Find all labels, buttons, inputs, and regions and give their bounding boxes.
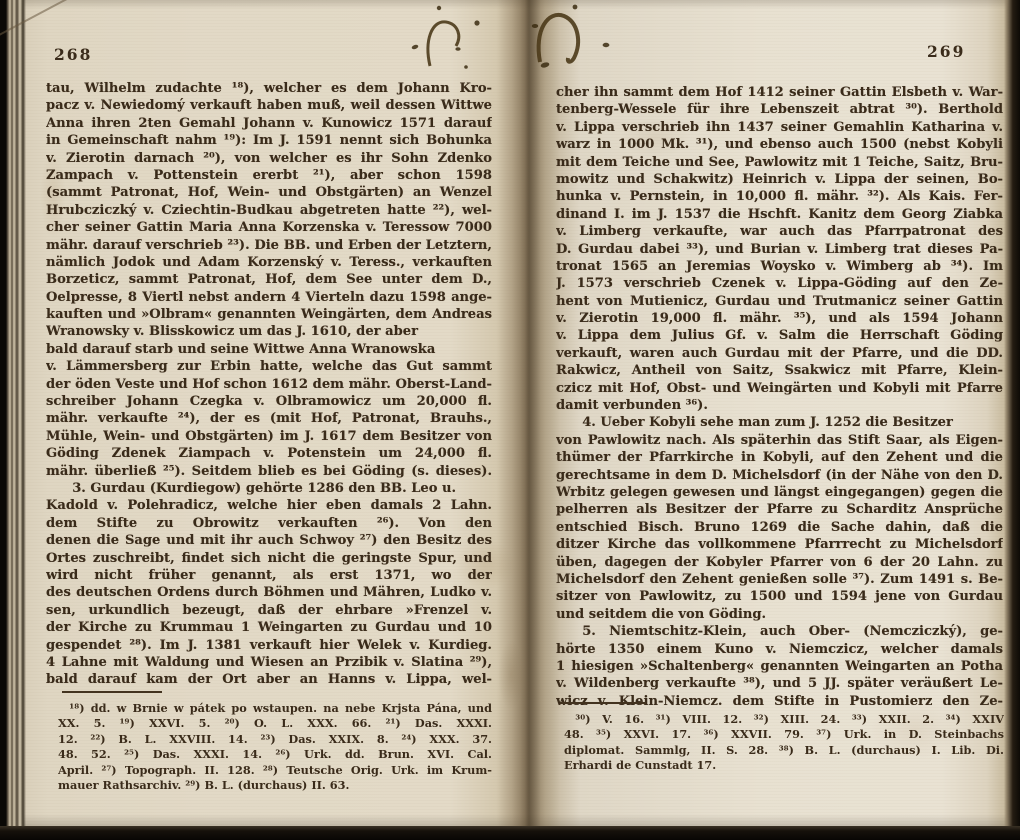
body-line: 1 hiesigen »Schaltenberg« genannten Wein…: [556, 658, 1003, 675]
body-line: verkauft, waren auch Gurdau mit der Pfar…: [556, 345, 1003, 362]
footnote-line: ¹⁸) dd. w Brnie w pátek po wstaupen. na …: [58, 701, 492, 716]
body-line: pelherren als Besitzer der Pfarre zu Sch…: [556, 501, 1003, 518]
body-line: Oelpresse, 8 Viertl nebst andern 4 Viert…: [46, 289, 492, 306]
body-line: Zampach v. Pottenstein ererbt ²¹), aber …: [46, 167, 492, 184]
footnote-line: 12. ²²) B. L. XXVIII. 14. ²³) Das. XXIX.…: [58, 732, 492, 747]
body-line: gerechtsame in dem D. Michelsdorf (in de…: [556, 467, 1003, 484]
body-line: pacz v. Newiedomý verkauft haben muß, we…: [46, 97, 492, 114]
body-line: von Pawlowitz nach. Als späterhin das St…: [556, 432, 1003, 449]
body-line: tenberg-Wessele für ihre Lebenszeit abtr…: [556, 101, 1003, 118]
body-line: cher seiner Gattin Maria Anna Korzenska …: [46, 219, 492, 236]
body-line: bald darauf kam der Ort aber an Hanns v.…: [46, 671, 492, 688]
body-line: czicz mit Hof, Obst- und Weingärten und …: [556, 380, 1003, 397]
footnote-line: 48. ³⁵) XXVI. 17. ³⁶) XXVII. 79. ³⁷) Urk…: [564, 727, 1004, 742]
body-line: mowitz und Schakwitz) Heinrich v. Lippa …: [556, 171, 1003, 188]
body-line: Mühle, Wein- und Obstgärten) im J. 1617 …: [46, 428, 492, 445]
body-line: sen, urkundlich bezeugt, daß der ehrbare…: [46, 602, 492, 619]
body-line: 4. Ueber Kobyli sehe man zum J. 1252 die…: [556, 414, 1003, 431]
body-line: 3. Gurdau (Kurdiegow) gehörte 1286 den B…: [46, 480, 492, 497]
body-line: der Kirche zu Krummau 1 Weingarten zu Gu…: [46, 619, 492, 636]
body-line: Kadold v. Polehradicz, welche hier eben …: [46, 497, 492, 514]
body-line: 4 Lahne mit Waldung und Wiesen an Przibi…: [46, 654, 492, 671]
body-line: denen die Sage und mit ihr auch Schwoy ²…: [46, 532, 492, 549]
body-line: in Gemeinschaft nahm ¹⁹): Im J. 1591 nen…: [46, 132, 492, 149]
page-edge-stack-left: [0, 0, 26, 840]
footnote-line: diplomat. Sammlg, II. S. 28. ³⁸) B. L. (…: [564, 743, 1004, 758]
body-line: warz in 1000 Mk. ³¹), und ebenso auch 15…: [556, 136, 1003, 153]
body-line: kauften und »Olbram« genannten Weingärte…: [46, 306, 492, 323]
body-line: J. 1573 verschrieb Czenek v. Lippa-Gödin…: [556, 275, 1003, 292]
body-line: Hrubcziczký v. Cziechtin-Budkau abgetret…: [46, 202, 492, 219]
body-line: hörte 1350 einem Kuno v. Niemczicz, welc…: [556, 641, 1003, 658]
body-line: üben, dagegen der Kobyler Pfarrer von 6 …: [556, 554, 1003, 571]
footnote-line: Erhardi de Cunstadt 17.: [564, 758, 1004, 773]
footnote-line: 48. 52. ²⁵) Das. XXXI. 14. ²⁶) Urk. dd. …: [58, 747, 492, 762]
body-line: ditzer Kirche das vollkommene Pfarrrecht…: [556, 536, 1003, 553]
footnote-line: April. ²⁷) Topograph. II. 128. ²⁸) Teuts…: [58, 763, 492, 778]
body-line: entschied Bisch. Bruno 1269 die Sache da…: [556, 519, 1003, 536]
body-line: v. Lämmersberg zur Erbin hatte, welche d…: [46, 358, 492, 375]
body-line: hunka v. Pernstein, in 10,000 fl. mähr. …: [556, 188, 1003, 205]
body-line: cher ihn sammt dem Hof 1412 seiner Gatti…: [556, 84, 1003, 101]
body-line: v. Zierotin darnach ²⁰), von welcher es …: [46, 150, 492, 167]
body-line: hent von Mutienicz, Gurdau und Trutmanic…: [556, 293, 1003, 310]
left-footnote-rule: [62, 691, 162, 693]
body-line: (sammt Patronat, Hof, Wein- und Obstgärt…: [46, 184, 492, 201]
body-line: Rakwicz, Antheil von Saitz, Ssakwicz mit…: [556, 362, 1003, 379]
right-page-number: 269: [927, 42, 965, 61]
body-line: thümer der Pfarrkirche in Kobyli, auf de…: [556, 449, 1003, 466]
body-line: Wrbitz gelegen gewesen und längst eingeg…: [556, 484, 1003, 501]
body-line: v. Lippa dem Julius Gf. v. Salm die Herr…: [556, 327, 1003, 344]
right-page-footnotes: ³⁰) V. 16. ³¹) VIII. 12. ³²) XIII. 24. ³…: [564, 712, 1004, 774]
body-line: v. Zierotin 19,000 fl. mähr. ³⁵), und al…: [556, 310, 1003, 327]
body-line: Borzeticz, sammt Patronat, Hof, dem See …: [46, 271, 492, 288]
body-line: dem Stifte zu Obrowitz verkauften ²⁶). V…: [46, 515, 492, 532]
body-line: v. Limberg verkaufte, war auch das Pfarr…: [556, 223, 1003, 240]
body-line: mit dem Teiche und See, Pawlowitz mit 1 …: [556, 154, 1003, 171]
body-line: wird nicht früher genannt, als erst 1371…: [46, 567, 492, 584]
ink-stain-marks: [398, 0, 634, 84]
body-line: schreiber Johann Czegka v. Olbramowicz u…: [46, 393, 492, 410]
body-line: der öden Veste und Hof schon 1612 dem mä…: [46, 376, 492, 393]
left-page-number: 268: [54, 45, 92, 64]
body-line: tronat 1565 an Jeremias Woysko v. Wimber…: [556, 258, 1003, 275]
body-line: mähr. überließ ²⁵). Seitdem blieb es bei…: [46, 463, 492, 480]
footnote-line: mauer Rathsarchiv. ²⁹) B. L. (durchaus) …: [58, 778, 492, 793]
left-page-footnotes: ¹⁸) dd. w Brnie w pátek po wstaupen. na …: [58, 701, 492, 793]
gutter-shadow: [496, 0, 560, 828]
right-footnote-rule: [560, 702, 646, 704]
body-line: Ortes zuschreibt, findet sich nicht die …: [46, 550, 492, 567]
footnote-line: XX. 5. ¹⁹) XXVI. 5. ²⁰) O. L. XXX. 66. ²…: [58, 716, 492, 731]
body-line: bald darauf starb und seine Wittwe Anna …: [46, 341, 492, 358]
body-line: nämlich Jodok und Adam Korzenský v. Tere…: [46, 254, 492, 271]
bottom-edge-shadow: [0, 826, 1020, 840]
body-line: des deutschen Ordens durch Böhmen und Mä…: [46, 584, 492, 601]
body-line: mähr. darauf verschrieb ²³). Die BB. und…: [46, 237, 492, 254]
book-scan: 268 269 tau, Wilhelm zudachte ¹⁸), welch…: [0, 0, 1020, 840]
right-page-body: cher ihn sammt dem Hof 1412 seiner Gatti…: [556, 84, 1003, 710]
body-line: und seitdem die von Göding.: [556, 606, 1003, 623]
body-line: gespendet ²⁸). Im J. 1381 verkauft hier …: [46, 637, 492, 654]
body-line: dinand I. im J. 1537 die Hschft. Kanitz …: [556, 206, 1003, 223]
body-line: Michelsdorf den Zehent genießen solle ³⁷…: [556, 571, 1003, 588]
body-line: v. Wildenberg verkaufte ³⁸), und 5 JJ. s…: [556, 675, 1003, 692]
left-page-body: tau, Wilhelm zudachte ¹⁸), welcher es de…: [46, 80, 492, 689]
body-line: sitzer von Pawlowitz, zu 1500 und 1594 j…: [556, 588, 1003, 605]
body-line: v. Lippa verschrieb ihn 1437 seiner Gema…: [556, 119, 1003, 136]
body-line: Göding Zdenek Ziampach v. Potenstein um …: [46, 445, 492, 462]
footnote-line: ³⁰) V. 16. ³¹) VIII. 12. ³²) XIII. 24. ³…: [564, 712, 1004, 727]
body-line: D. Gurdau dabei ³³), und Burian v. Limbe…: [556, 241, 1003, 258]
page-edge-right: [1004, 0, 1020, 840]
body-line: mähr. verkaufte ²⁴), der es (mit Hof, Pa…: [46, 410, 492, 427]
body-line: Anna ihren 2ten Gemahl Johann v. Kunowic…: [46, 115, 492, 132]
body-line: 5. Niemtschitz-Klein, auch Ober- (Nemczi…: [556, 623, 1003, 640]
body-line: damit verbunden ³⁶).: [556, 397, 1003, 414]
body-line: Wranowsky v. Blisskowicz um das J. 1610,…: [46, 323, 492, 340]
body-line: tau, Wilhelm zudachte ¹⁸), welcher es de…: [46, 80, 492, 97]
